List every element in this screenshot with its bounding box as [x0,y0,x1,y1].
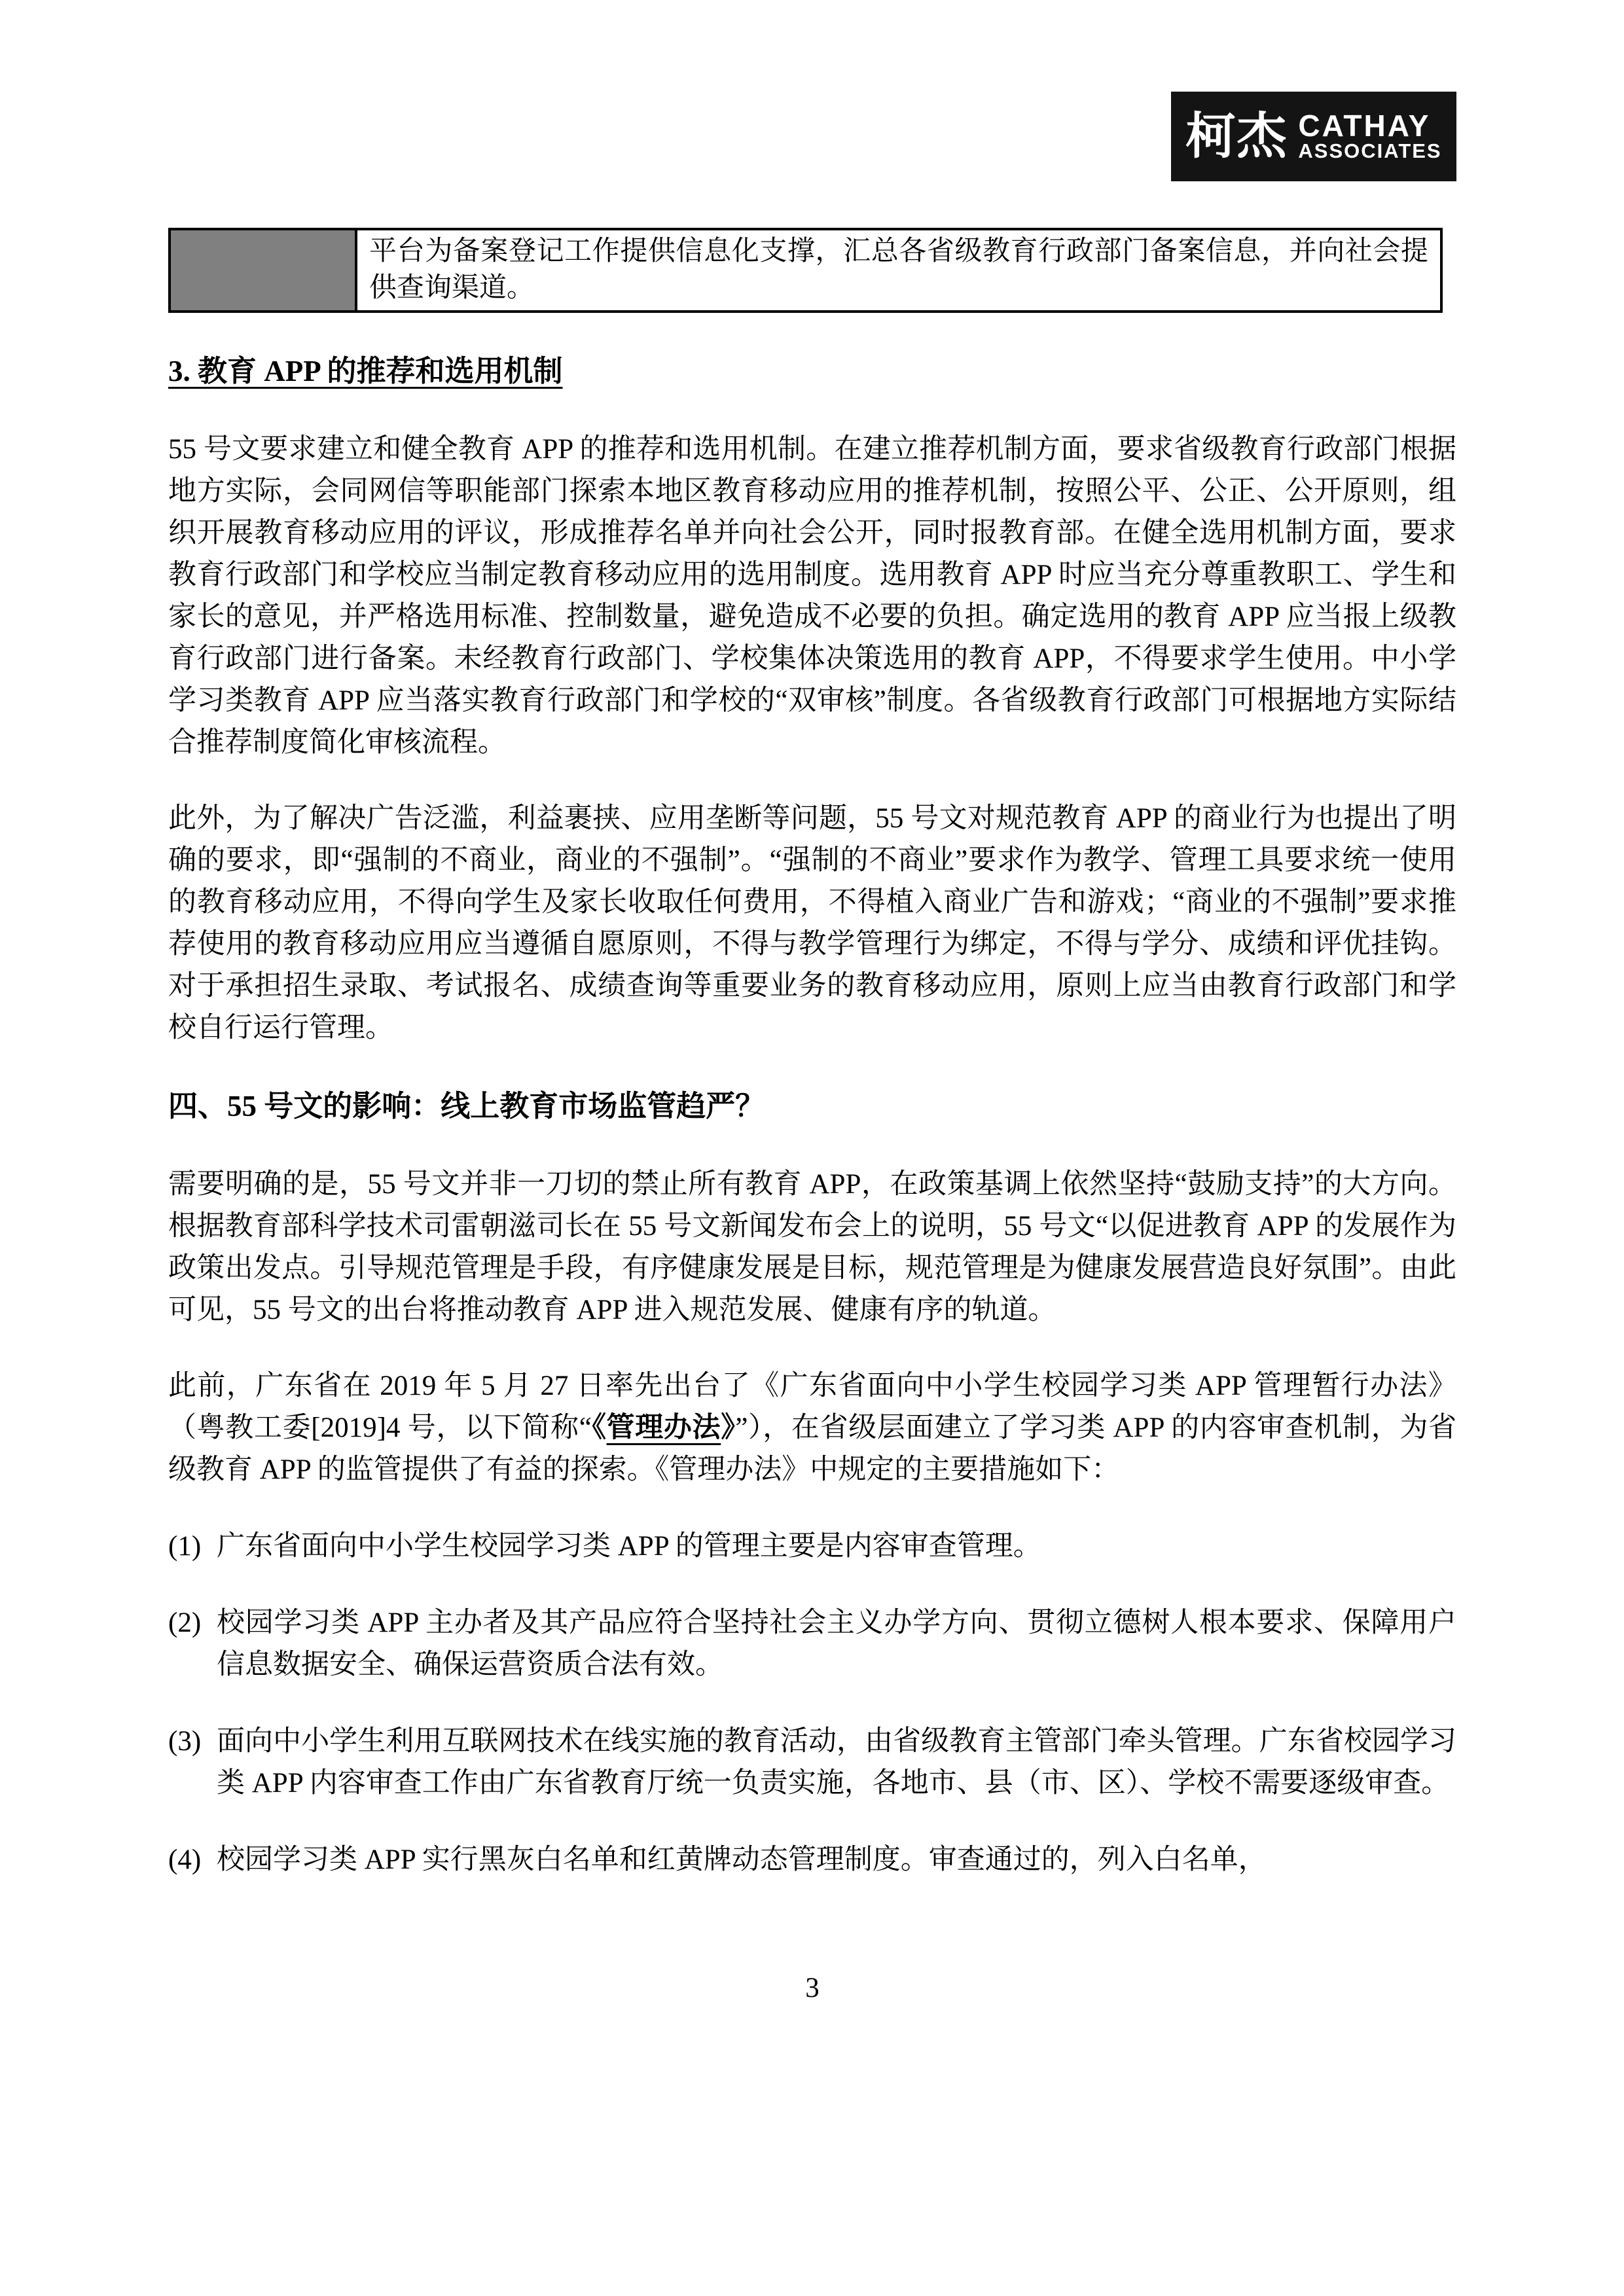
list-item-number: (2) [168,1602,201,1644]
logo-chinese-text: 柯杰 [1185,112,1288,162]
logo-en-line2: ASSOCIATES [1298,141,1441,162]
list-item-text: 校园学习类 APP 主办者及其产品应符合坚持社会主义办学方向、贯彻立德树人根本要… [217,1607,1456,1680]
list-item-text: 广东省面向中小学生校园学习类 APP 的管理主要是内容审查管理。 [217,1531,1041,1562]
logo-english-text: CATHAY ASSOCIATES [1298,111,1441,162]
logo-en-line1: CATHAY [1298,111,1430,141]
header: 柯杰 CATHAY ASSOCIATES [168,92,1456,181]
list-item-number: (3) [168,1721,201,1763]
list-item-number: (1) [168,1526,201,1568]
list-item: (3) 面向中小学生利用互联网技术在线实施的教育活动，由省级教育主管部门牵头管理… [168,1721,1456,1804]
page-footer: 3 [168,1967,1456,2009]
paragraph-guangdong-measures: 此前，广东省在 2019 年 5 月 27 日率先出台了《广东省面向中小学生校园… [168,1365,1456,1491]
p4-bold-open: 《 [592,1412,607,1443]
list-item-text: 面向中小学生利用互联网技术在线实施的教育活动，由省级教育主管部门牵头管理。广东省… [217,1726,1456,1799]
page-number: 3 [805,1973,820,2003]
paragraph-commercial-rules: 此外，为了解决广告泛滥，利益裹挟、应用垄断等问题，55 号文对规范教育 APP … [168,798,1456,1049]
paragraph-recommendation-mechanism: 55 号文要求建立和健全教育 APP 的推荐和选用机制。在建立推荐机制方面，要求… [168,429,1456,764]
p4-bold-close: 》 [721,1412,735,1443]
table-row: 平台为备案登记工作提供信息化支撑，汇总各省级教育行政部门备案信息，并向社会提供查… [170,229,1441,312]
list-item: (2) 校园学习类 APP 主办者及其产品应符合坚持社会主义办学方向、贯彻立德树… [168,1602,1456,1686]
list-item: (1) 广东省面向中小学生校园学习类 APP 的管理主要是内容审查管理。 [168,1526,1456,1568]
list-item-text: 校园学习类 APP 实行黑灰白名单和红黄牌动态管理制度。审查通过的，列入白名单， [217,1844,1267,1875]
table-label-cell [170,229,356,312]
document-page: 柯杰 CATHAY ASSOCIATES 平台为备案登记工作提供信息化支撑，汇总… [0,0,1624,2296]
p4-bold-inner: 管理办法 [607,1412,721,1443]
paragraph-policy-intent: 需要明确的是，55 号文并非一刀切的禁止所有教育 APP，在政策基调上依然坚持“… [168,1164,1456,1331]
list-item-number: (4) [168,1839,201,1881]
list-item: (4) 校园学习类 APP 实行黑灰白名单和红黄牌动态管理制度。审查通过的，列入… [168,1839,1456,1881]
table-content-cell: 平台为备案登记工作提供信息化支撑，汇总各省级教育行政部门备案信息，并向社会提供查… [356,229,1441,312]
management-measures-reference: 《管理办法》 [592,1412,736,1443]
section-heading-3: 3. 教育 APP 的推荐和选用机制 [168,350,1456,392]
cathay-associates-logo: 柯杰 CATHAY ASSOCIATES [1171,92,1456,181]
section-heading-4: 四、55 号文的影响：线上教育市场监管趋严？ [168,1085,1456,1127]
section-heading-3-text: 3. 教育 APP 的推荐和选用机制 [168,355,563,387]
continued-table: 平台为备案登记工作提供信息化支撑，汇总各省级教育行政部门备案信息，并向社会提供查… [168,228,1443,313]
